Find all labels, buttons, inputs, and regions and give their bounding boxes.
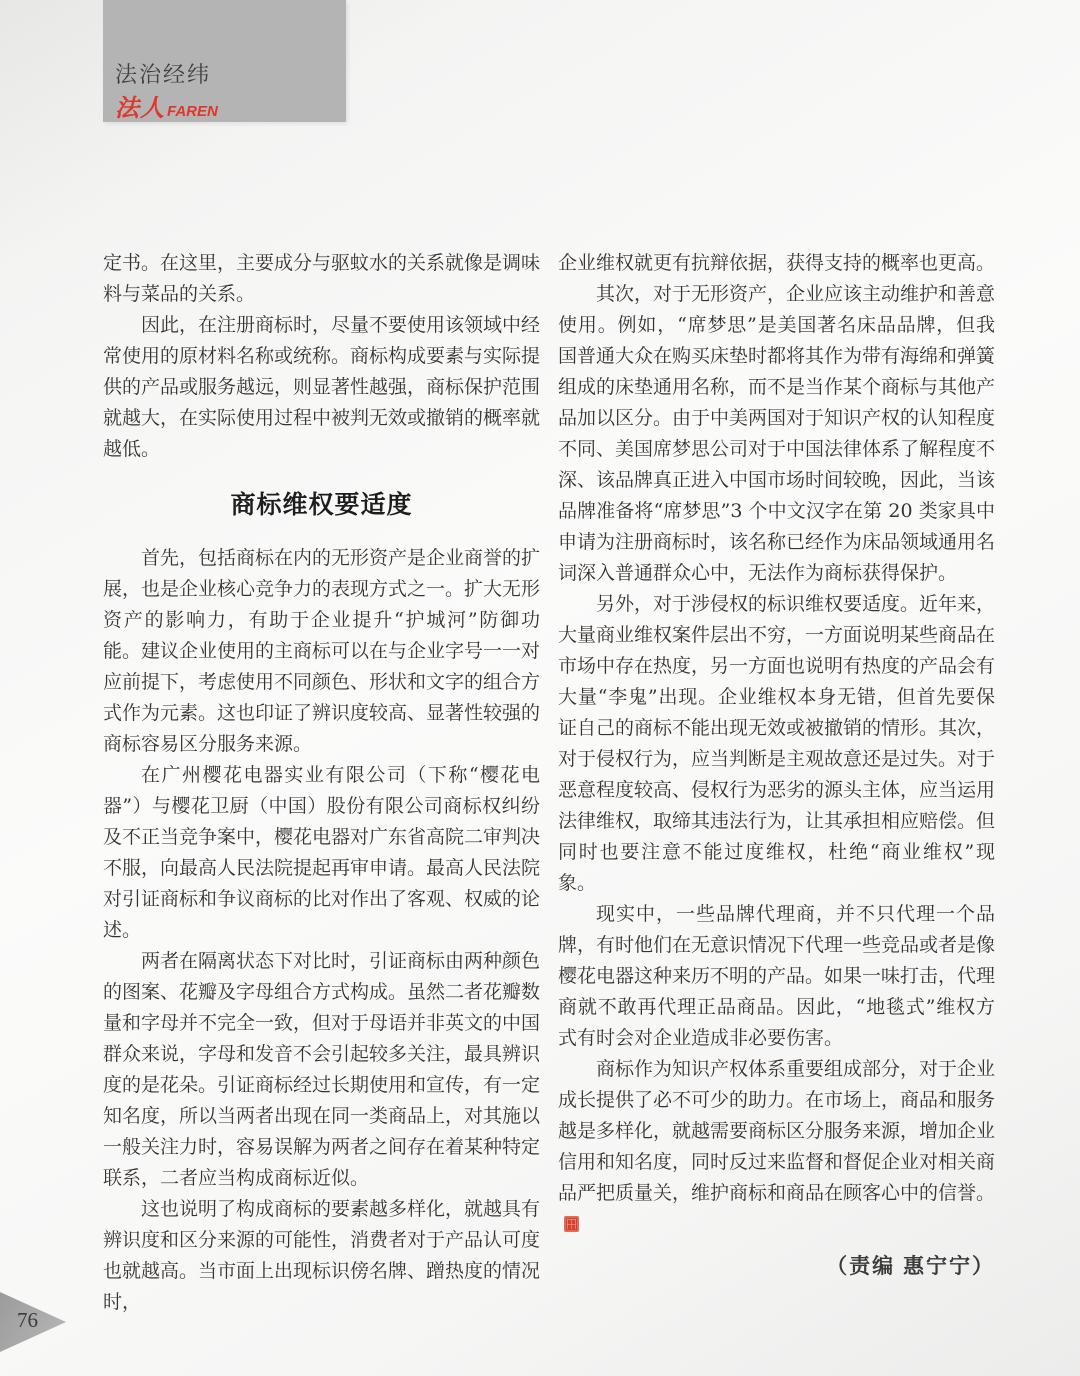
logo-en-text: FAREN <box>167 103 218 120</box>
paragraph: 在广州樱花电器实业有限公司（下称“樱花电器”）与樱花卫厨（中国）股份有限公司商标… <box>103 760 540 946</box>
paragraph: 另外，对于涉侵权的标识维权要适度。近年来，大量商业维权案件层出不穷，一方面说明某… <box>558 589 995 899</box>
paragraph: 商标作为知识产权体系重要组成部分，对于企业成长提供了必不可少的助力。在市场上，商… <box>558 1054 995 1240</box>
article-end-seal-icon <box>564 1216 579 1232</box>
section-header-box: 法治经纬 法人FAREN <box>103 0 346 122</box>
editor-credit: （责编 惠宁宁） <box>558 1250 995 1280</box>
paragraph-continuation: 定书。在这里，主要成分与驱蚊水的关系就像是调味料与菜品的关系。 <box>103 248 540 310</box>
paragraph: 现实中，一些品牌代理商，并不只代理一个品牌，有时他们在无意识情况下代理一些竞品或… <box>558 899 995 1054</box>
paragraph: 因此，在注册商标时，尽量不要使用该领域中经常使用的原材料名称或统称。商标构成要素… <box>103 310 540 465</box>
logo-cn-text: 法人 <box>115 95 165 122</box>
article-body: 定书。在这里，主要成分与驱蚊水的关系就像是调味料与菜品的关系。 因此，在注册商标… <box>103 248 995 1318</box>
faren-logo: 法人FAREN <box>115 88 218 123</box>
paragraph: 这也说明了构成商标的要素越多样化，就越具有辨识度和区分来源的可能性，消费者对于产… <box>103 1194 540 1318</box>
paragraph-continuation: 企业维权就更有抗辩依据，获得支持的概率也更高。 <box>558 248 995 279</box>
magazine-page: 法治经纬 法人FAREN 定书。在这里，主要成分与驱蚊水的关系就像是调味料与菜品… <box>0 0 1080 1376</box>
paragraph: 首先，包括商标在内的无形资产是企业商誉的扩展，也是企业核心竞争力的表现方式之一。… <box>103 543 540 760</box>
section-heading: 商标维权要适度 <box>103 485 540 521</box>
left-column: 定书。在这里，主要成分与驱蚊水的关系就像是调味料与菜品的关系。 因此，在注册商标… <box>103 248 540 1318</box>
paragraph-text: 商标作为知识产权体系重要组成部分，对于企业成长提供了必不可少的助力。在市场上，商… <box>558 1058 995 1204</box>
page-number: 76 <box>17 1308 38 1333</box>
section-label: 法治经纬 <box>115 58 211 89</box>
paragraph: 其次，对于无形资产，企业应该主动维护和善意使用。例如，“席梦思”是美国著名床品品… <box>558 279 995 589</box>
page-corner: 76 <box>0 1292 66 1352</box>
paragraph: 两者在隔离状态下对比时，引证商标由两种颜色的图案、花瓣及字母组合方式构成。虽然二… <box>103 946 540 1194</box>
right-column: 企业维权就更有抗辩依据，获得支持的概率也更高。 其次，对于无形资产，企业应该主动… <box>558 248 995 1318</box>
